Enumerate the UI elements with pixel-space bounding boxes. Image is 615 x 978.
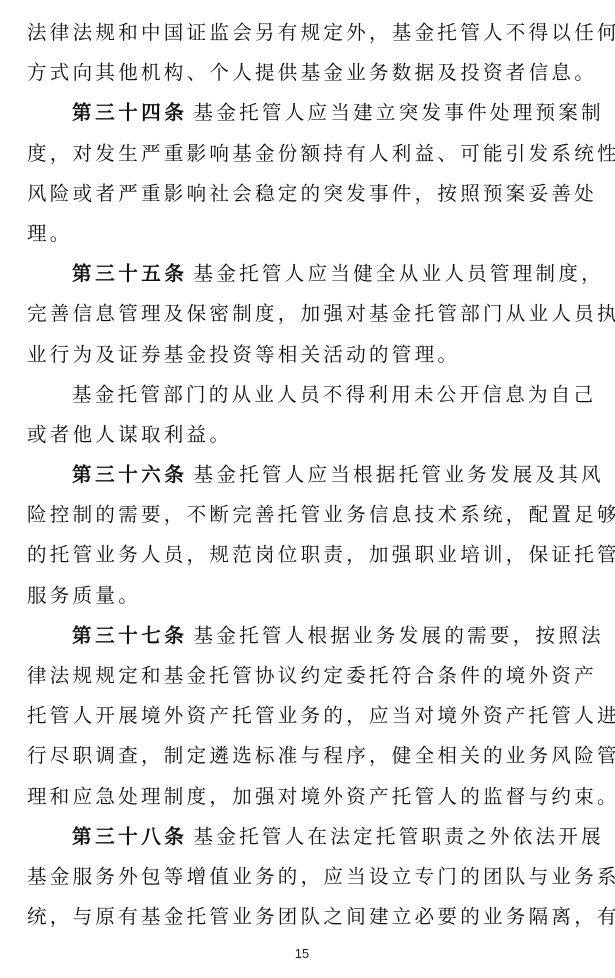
page-number: 15 (0, 946, 604, 961)
article-number: 第三十五条 (72, 262, 188, 285)
text-line: 律法规规定和基金托管协议约定委托符合条件的境外资产 (27, 656, 579, 696)
article-34-heading-line: 第三十四条基金托管人应当建立突发事件处理预案制 (27, 93, 579, 133)
text-line: 险控制的需要，不断完善托管业务信息技术系统，配置足够 (27, 495, 579, 535)
article-38-heading-line: 第三十八条基金托管人在法定托管职责之外依法开展 (27, 817, 579, 857)
text-line: 风险或者严重影响社会稳定的突发事件，按照预案妥善处 (27, 174, 579, 214)
article-36-heading-line: 第三十六条基金托管人应当根据托管业务发展及其风 (27, 455, 579, 495)
article-35-heading-line: 第三十五条基金托管人应当健全从业人员管理制度， (27, 254, 579, 294)
text-line: 基金服务外包等增值业务的，应当设立专门的团队与业务系 (27, 857, 579, 897)
article-text: 基金托管人应当根据托管业务发展及其风 (194, 463, 604, 486)
paragraph-start-line: 基金托管部门的从业人员不得利用未公开信息为自己 (27, 375, 579, 415)
text-line: 理和应急处理制度，加强对境外资产托管人的监督与约束。 (27, 777, 579, 817)
text-line: 或者他人谋取利益。 (27, 415, 579, 455)
article-number: 第三十六条 (72, 463, 188, 486)
article-text: 基金托管人应当建立突发事件处理预案制 (194, 101, 604, 124)
text-line: 服务质量。 (27, 576, 579, 616)
text-line: 方式向其他机构、个人提供基金业务数据及投资者信息。 (27, 53, 579, 93)
text-line: 行尽职调查，制定遴选标准与程序，健全相关的业务风险管 (27, 736, 579, 776)
article-number: 第三十八条 (72, 825, 188, 848)
text-line: 法律法规和中国证监会另有规定外，基金托管人不得以任何 (27, 13, 579, 53)
document-page: 法律法规和中国证监会另有规定外，基金托管人不得以任何 方式向其他机构、个人提供基… (27, 13, 579, 937)
article-37-heading-line: 第三十七条基金托管人根据业务发展的需要，按照法 (27, 616, 579, 656)
article-text: 基金托管人应当健全从业人员管理制度， (194, 262, 604, 285)
text-line: 业行为及证券基金投资等相关活动的管理。 (27, 335, 579, 375)
article-text: 基金托管人在法定托管职责之外依法开展 (194, 825, 604, 848)
text-line: 托管人开展境外资产托管业务的，应当对境外资产托管人进 (27, 696, 579, 736)
article-number: 第三十七条 (72, 624, 188, 647)
article-number: 第三十四条 (72, 101, 188, 124)
text-line: 统，与原有基金托管业务团队之间建立必要的业务隔离，有 (27, 897, 579, 937)
text-line: 度，对发生严重影响基金份额持有人利益、可能引发系统性 (27, 134, 579, 174)
article-text: 基金托管人根据业务发展的需要，按照法 (194, 624, 604, 647)
text-line: 完善信息管理及保密制度，加强对基金托管部门从业人员执 (27, 294, 579, 334)
text-line: 理。 (27, 214, 579, 254)
text-line: 的托管业务人员，规范岗位职责，加强职业培训，保证托管 (27, 535, 579, 575)
